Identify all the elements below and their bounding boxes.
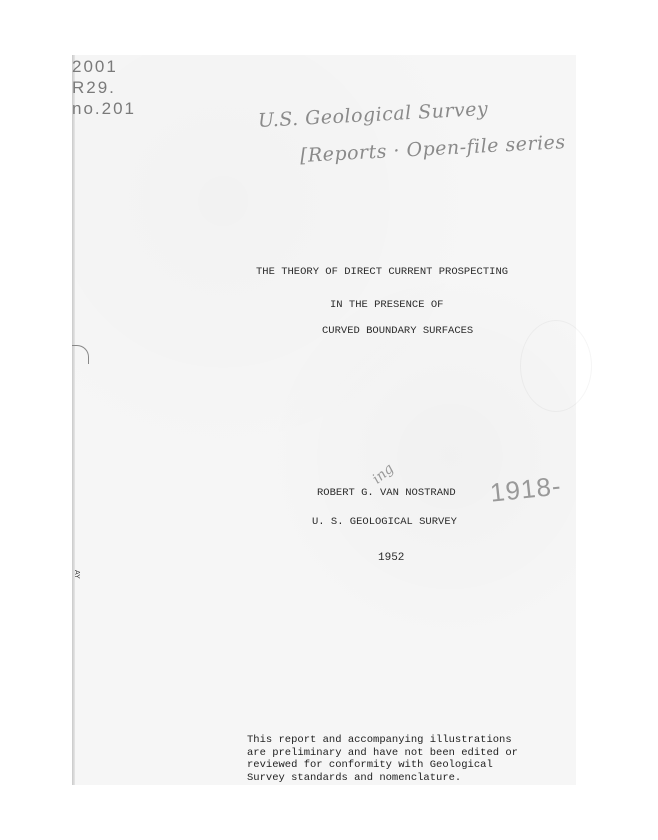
- disclaimer-line: Survey standards and nomenclature.: [247, 772, 518, 785]
- call-number: 2001 R29. no.201: [72, 56, 136, 119]
- faint-stamp-impression: [520, 320, 592, 412]
- page-binding-edge: [72, 55, 75, 785]
- author-affiliation: U. S. GEOLOGICAL SURVEY: [312, 516, 457, 528]
- call-number-line: no.201: [72, 98, 136, 119]
- disclaimer: This report and accompanying illustratio…: [247, 734, 518, 784]
- call-number-line: R29.: [72, 77, 136, 98]
- disclaimer-line: reviewed for conformity with Geological: [247, 759, 518, 772]
- author-name: ROBERT G. VAN NOSTRAND: [317, 487, 456, 499]
- disclaimer-line: are preliminary and have not been edited…: [247, 747, 518, 760]
- title-line-3: CURVED BOUNDARY SURFACES: [322, 325, 473, 337]
- margin-mark: AY: [73, 570, 80, 579]
- title-line-1: THE THEORY OF DIRECT CURRENT PROSPECTING: [256, 266, 508, 278]
- call-number-line: 2001: [72, 56, 136, 77]
- publication-year: 1952: [378, 552, 404, 564]
- disclaimer-line: This report and accompanying illustratio…: [247, 734, 518, 747]
- title-line-2: IN THE PRESENCE OF: [330, 299, 443, 311]
